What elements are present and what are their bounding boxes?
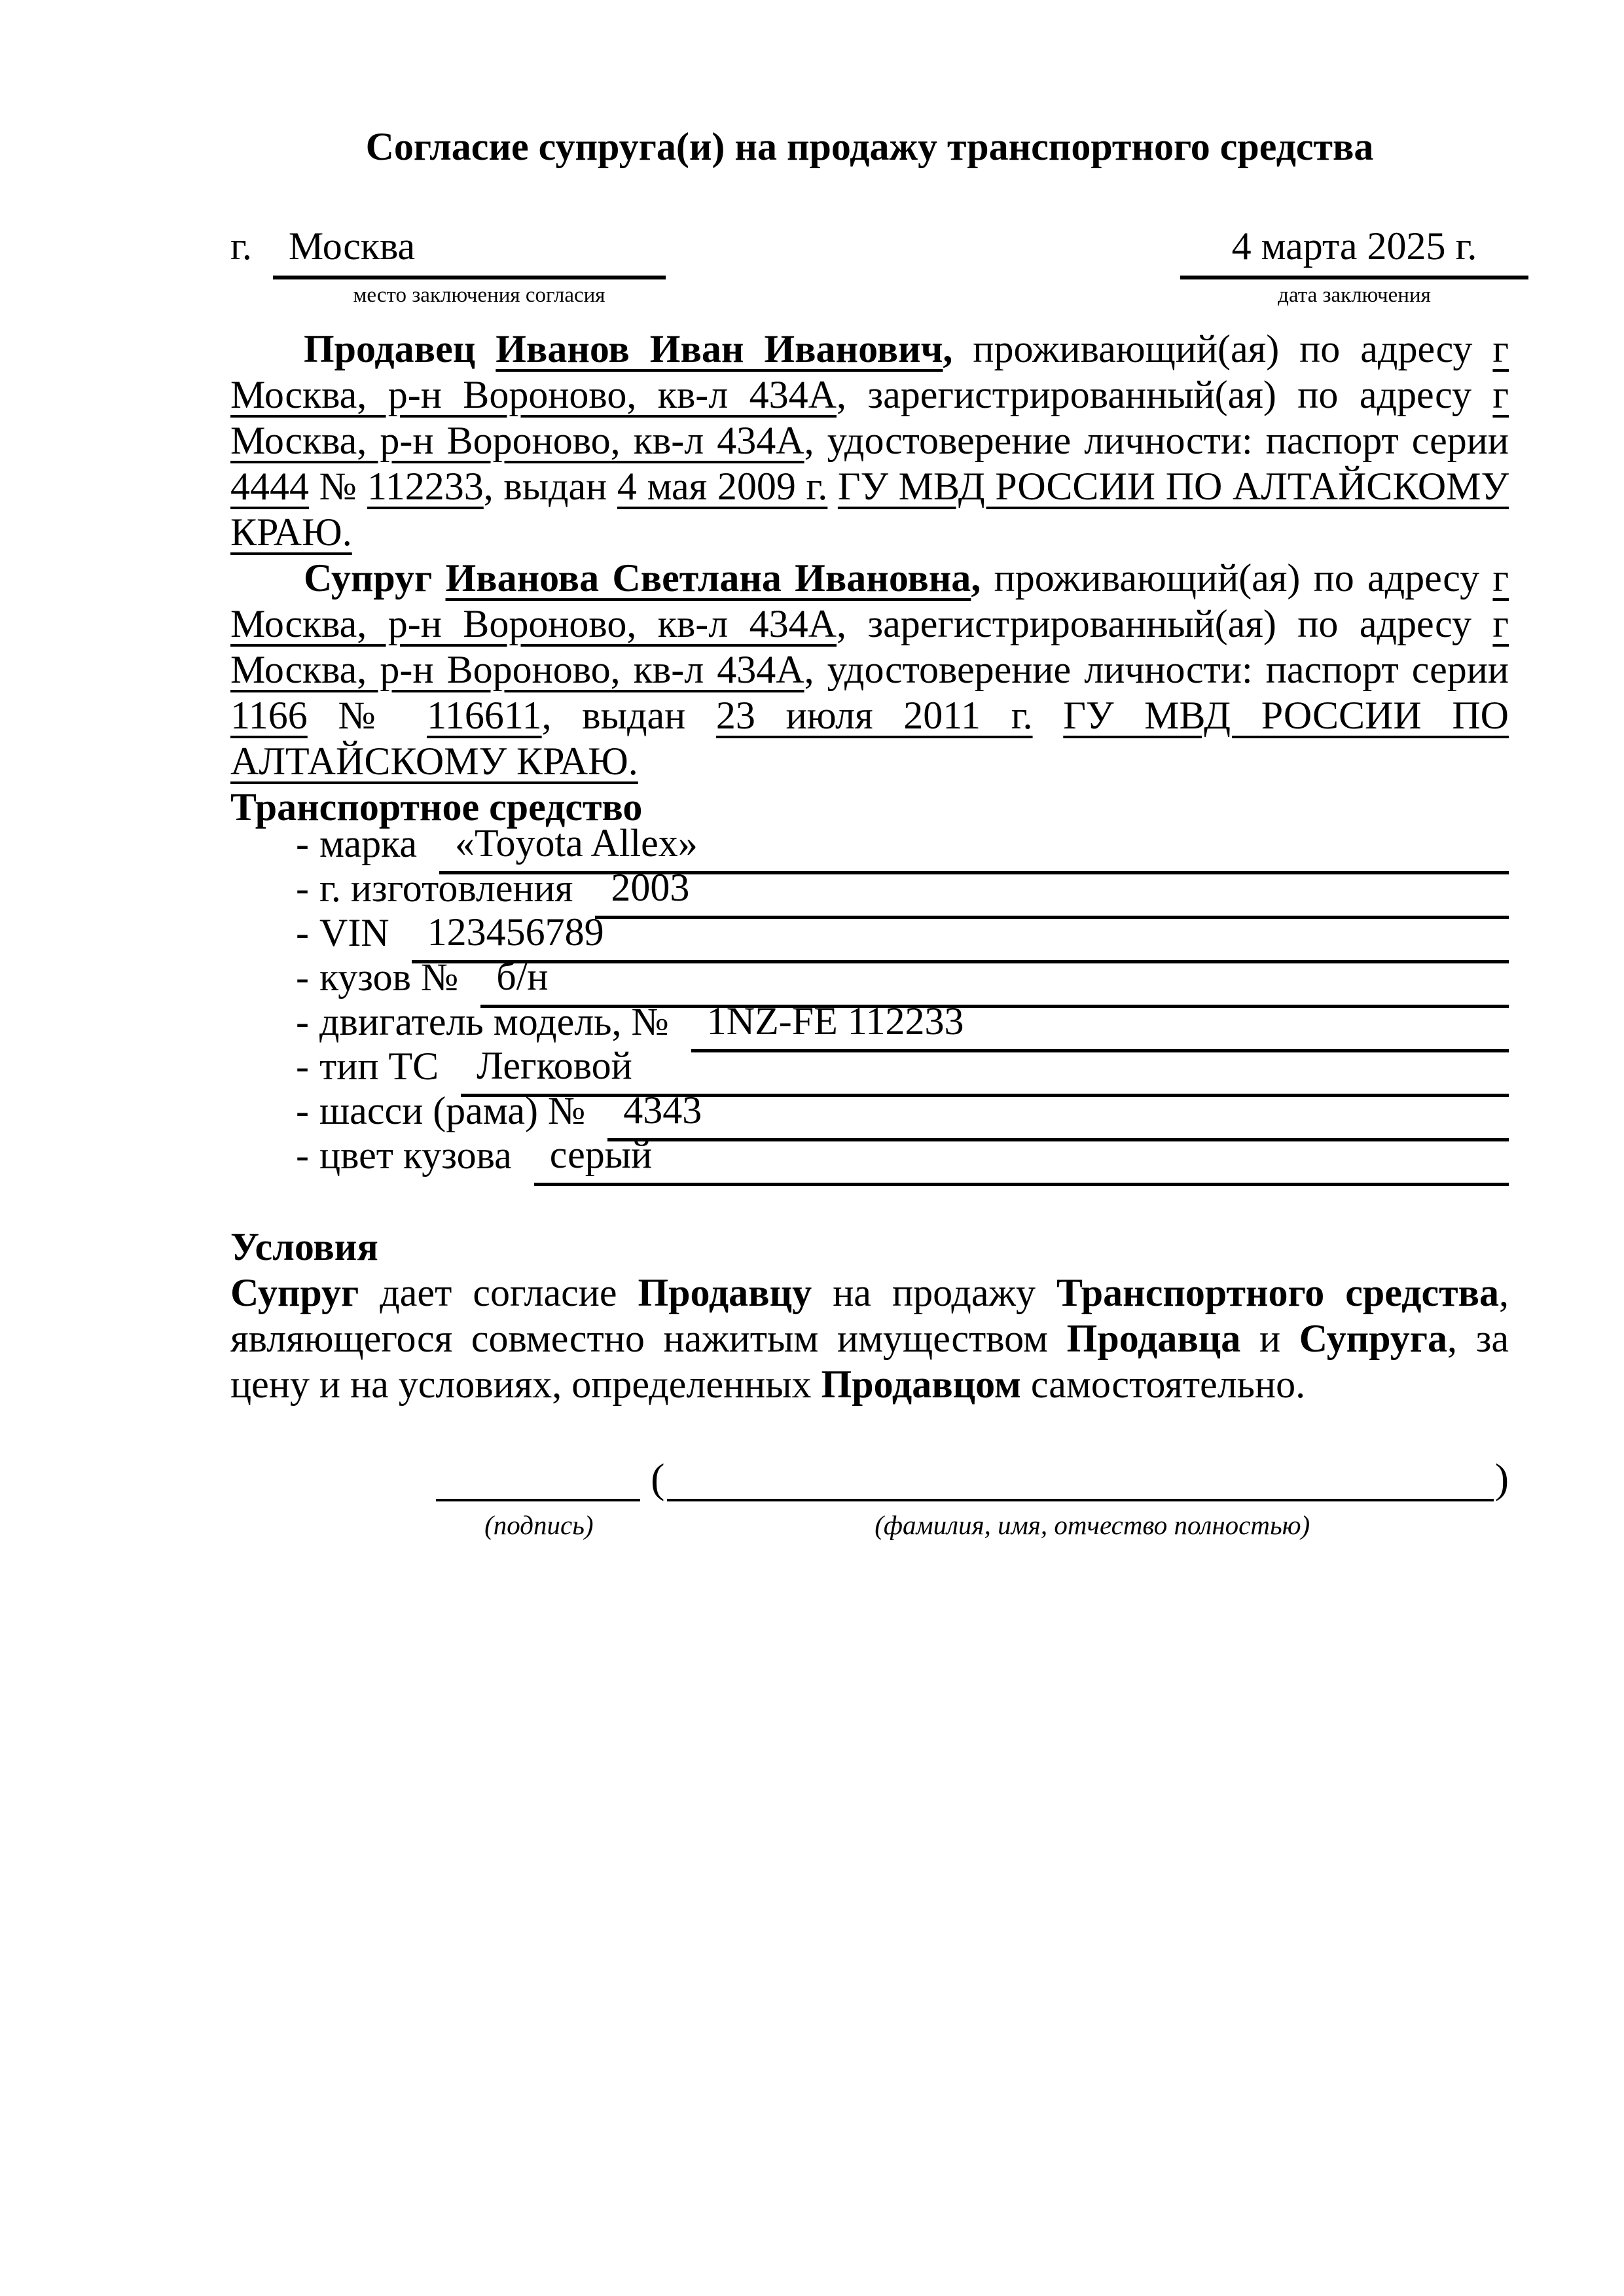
vehicle-row-value: «Toyota Allex» (439, 821, 698, 865)
vehicle-row-value: 123456789 (412, 910, 604, 954)
signature-caption: (подпись) (436, 1509, 642, 1541)
place-line: г. Москва (230, 224, 676, 279)
document-header: г. Москва место заключения согласия 4 ма… (230, 224, 1528, 308)
vehicle-row-color: - цвет кузова серый (296, 1141, 1509, 1186)
date-caption: дата заключения (1180, 283, 1528, 308)
vehicle-row-value: Легковой (461, 1044, 632, 1087)
document-content: Согласие супруга(и) на продажу транспорт… (230, 0, 1509, 1541)
terms-heading: Условия (230, 1224, 1509, 1270)
spouse-paragraph: Супруг Иванова Светлана Ивановна, прожив… (230, 555, 1509, 784)
vehicle-list: - марка «Toyota Allex» - г. изготовления… (230, 830, 1509, 1186)
vehicle-row-value: 1NZ-FE 112233 (691, 999, 964, 1043)
place-prefix: г. (230, 224, 252, 269)
document-page: Согласие супруга(и) на продажу транспорт… (0, 0, 1624, 2296)
terms-paragraph: Супруг дает согласие Продавцу на продажу… (230, 1270, 1509, 1407)
vehicle-row-value: б/н (480, 955, 548, 998)
name-line-close-paren: ) (1495, 1456, 1509, 1501)
vehicle-row-value: 4343 (607, 1088, 702, 1132)
row-dash: - (296, 1133, 309, 1186)
place-field: Москва (273, 224, 666, 279)
signature-line (436, 1499, 640, 1501)
vehicle-row-field: серый (534, 1132, 1509, 1186)
full-name-caption: (фамилия, имя, отчество полностью) (676, 1509, 1509, 1541)
place-caption: место заключения согласия (283, 283, 676, 308)
vehicle-row-value: 2003 (595, 866, 689, 909)
vehicle-row-label: цвет кузова (319, 1133, 512, 1186)
document-title: Согласие супруга(и) на продажу транспорт… (230, 0, 1509, 170)
full-name-line (667, 1499, 1493, 1501)
seller-paragraph: Продавец Иванов Иван Иванович, проживающ… (230, 326, 1509, 555)
date-field: 4 марта 2025 г. (1180, 224, 1528, 279)
caption-spacer (642, 1509, 676, 1541)
date-block: 4 марта 2025 г. дата заключения (1180, 224, 1528, 308)
vehicle-row-value: серый (534, 1133, 652, 1176)
signature-captions: (подпись) (фамилия, имя, отчество полнос… (436, 1509, 1509, 1541)
place-block: г. Москва место заключения согласия (230, 224, 676, 308)
signature-block: ( ) (436, 1448, 1509, 1501)
name-line-open-paren: ( (651, 1456, 664, 1501)
